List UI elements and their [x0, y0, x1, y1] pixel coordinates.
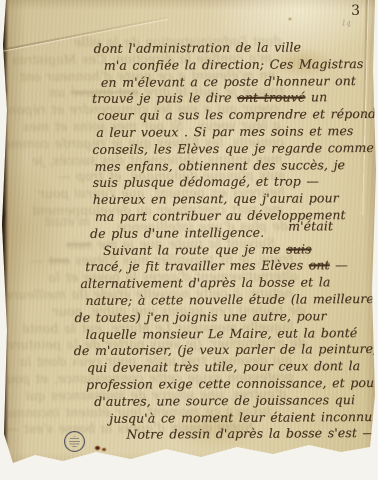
manuscript-line: a leur voeux . Si par mes soins et mes — [96, 123, 369, 142]
manuscript-line: coeur qui a sus les comprendre et répond… — [97, 106, 369, 125]
text-segment: alternativement d'après la bosse et la — [80, 274, 330, 291]
manuscript-line: suis plusque dédomagé, et trop — — [93, 173, 370, 192]
text-segment: de m'autoriser, (je veux parler de la pe… — [74, 341, 378, 358]
manuscript-line: nature; à cette nouvelle étude (la meill… — [85, 291, 370, 310]
manuscript-line: de plus d'une intelligence.m'était — [90, 224, 370, 243]
text-segment: dont l'administration de la ville — [94, 39, 301, 55]
manuscript-line: tracé, je fit travailler mes Elèves ont … — [85, 257, 370, 276]
text-segment: tracé, je fit travailler mes Elèves — [85, 258, 309, 275]
text-segment: conseils, les Elèves que je regarde comm… — [92, 140, 374, 157]
text-segment: suis plusque dédomagé, et trop — — [93, 174, 320, 191]
manuscript-line: laquelle monsieur Le Maire, eut la bonté — [86, 324, 371, 343]
paper-sheet: dont l'administration de la villem'a con… — [0, 0, 378, 480]
ink-spot — [95, 446, 100, 450]
text-segment: coeur qui a sus les comprendre et répond… — [97, 106, 378, 123]
text-segment: Suivant la route que je me — [103, 241, 286, 257]
struck-word: ont — [309, 258, 330, 273]
struck-word: ont trouvé — [237, 90, 305, 105]
text-segment: mes enfans, obtiennent des succès, je — [94, 157, 345, 174]
manuscript-line: de toutes) j'en joignis une autre, pour — [74, 308, 370, 327]
text-segment: qui devenait très utile, pour ceux dont … — [87, 358, 360, 375]
text-segment: — — [30, 253, 48, 268]
collection-stamp-icon — [64, 431, 85, 452]
text-segment: Notre dessin d'après la bosse s'est — — [126, 425, 375, 442]
struck-word: ont — [49, 253, 70, 268]
text-segment: — — [330, 257, 348, 272]
inserted-word: m'était — [288, 218, 333, 235]
page-number: 3 — [351, 3, 360, 19]
manuscript-line: m'a confiée la direction; Ces Magistras — [104, 56, 369, 75]
manuscript-line: qui devenait très utile, pour ceux dont … — [87, 358, 371, 377]
text-segment: nature; à cette nouvelle étude (la meill… — [85, 291, 374, 308]
pencil-mark: 14 — [340, 18, 352, 29]
manuscript-line: conseils, les Elèves que je regarde comm… — [92, 140, 369, 159]
ink-spot — [102, 448, 106, 451]
scanned-manuscript-page: dont l'administration de la villem'a con… — [0, 0, 378, 480]
manuscript-line: alternativement d'après la bosse et la — [80, 274, 370, 293]
manuscript-line: mes enfans, obtiennent des succès, je — [94, 157, 369, 176]
manuscript-line: dont l'administration de la ville — [94, 39, 369, 58]
text-segment: a leur voeux . Si par mes soins et mes — [96, 123, 353, 140]
manuscript-line: Notre dessin d'après la bosse s'est — — [126, 425, 371, 444]
manuscript-line: heureux en pensant, que j'aurai pour — [93, 190, 370, 209]
manuscript-line: en m'élevant a ce poste d'honneur ont — [101, 73, 369, 92]
manuscript-line: profession exige cette connoissance, et … — [86, 375, 371, 394]
text-segment: m'a confiée la direction; Ces Magistras — [104, 56, 364, 73]
manuscript-line: Suivant la route que je me suis — [103, 241, 370, 260]
text-segment: de plus d'une intelligence. — [90, 224, 264, 240]
text-segment: trouvé je puis le dire — [92, 90, 237, 106]
manuscript-text-block: dont l'administration de la villem'a con… — [69, 39, 372, 444]
text-segment: de toutes) j'en joignis une autre, pour — [74, 308, 326, 325]
manuscript-line: trouvé je puis le dire ont trouvé un — [92, 89, 369, 108]
text-segment: un — [49, 85, 71, 100]
text-segment: heureux en pensant, que j'aurai pour — [93, 190, 339, 207]
struck-word: suis — [286, 241, 311, 256]
page-binding-edge — [0, 0, 9, 452]
manuscript-line: de m'autoriser, (je veux parler de la pe… — [74, 341, 371, 360]
text-segment: laquelle monsieur Le Maire, eut la bonté — [86, 325, 358, 342]
text-segment: profession exige cette connoissance, et … — [86, 375, 378, 392]
manuscript-line: jusqu'à ce moment leur étaient inconnus … — [109, 408, 371, 427]
text-segment: d'autres, une source de jouissances qui — [94, 392, 355, 409]
text-segment: un — [305, 90, 327, 105]
text-segment: jusqu'à ce moment leur étaient inconnus … — [109, 408, 378, 425]
text-segment: en m'élevant a ce poste d'honneur ont — [101, 73, 356, 90]
manuscript-line: d'autres, une source de jouissances qui — [94, 392, 371, 411]
